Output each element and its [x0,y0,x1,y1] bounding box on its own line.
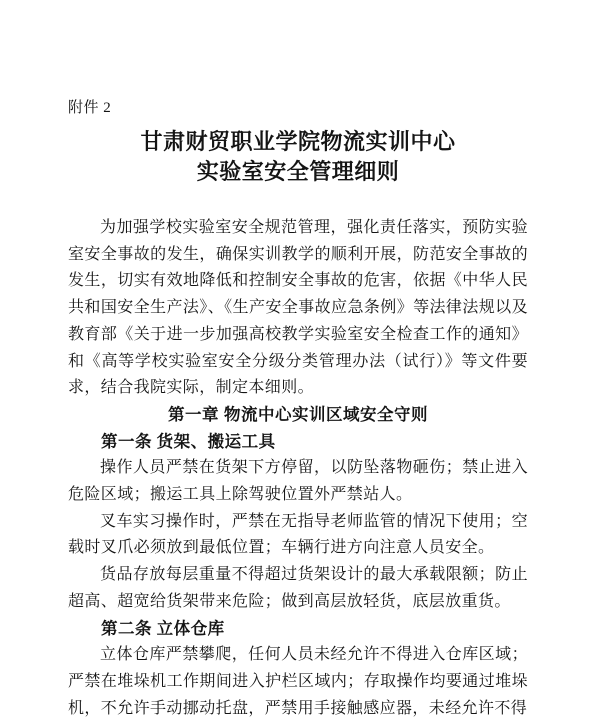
document-title-line-2: 实验室安全管理细则 [68,157,528,187]
article-2-heading: 第二条 立体仓库 [68,616,528,643]
chapter-1-heading: 第一章 物流中心实训区域安全守则 [68,402,528,429]
document-body: 为加强学校实验室安全规范管理，强化责任落实，预防实验室安全事故的发生，确保实训教… [68,215,528,722]
article-1-paragraph-2: 叉车实习操作时，严禁在无指导老师监管的情况下使用；空载时叉爪必须放到最低位置；车… [68,509,528,562]
article-1-paragraph-3: 货品存放每层重量不得超过货架设计的最大承载限额；防止超高、超宽给货架带来危险；做… [68,562,528,615]
document-title: 甘肃财贸职业学院物流实训中心 实验室安全管理细则 [68,127,528,187]
document-title-line-1: 甘肃财贸职业学院物流实训中心 [68,127,528,157]
article-1-heading: 第一条 货架、搬运工具 [68,429,528,456]
attachment-label: 附件 2 [68,100,528,117]
article-2-paragraph-1: 立体仓库严禁攀爬，任何人员未经允许不得进入仓库区域；严禁在堆垛机工作期间进入护栏… [68,642,528,722]
intro-paragraph: 为加强学校实验室安全规范管理，强化责任落实，预防实验室安全事故的发生，确保实训教… [68,215,528,402]
document-page: 附件 2 甘肃财贸职业学院物流实训中心 实验室安全管理细则 为加强学校实验室安全… [0,0,591,724]
article-1-paragraph-1: 操作人员严禁在货架下方停留，以防坠落物砸伤；禁止进入危险区域；搬运工具上除驾驶位… [68,455,528,508]
